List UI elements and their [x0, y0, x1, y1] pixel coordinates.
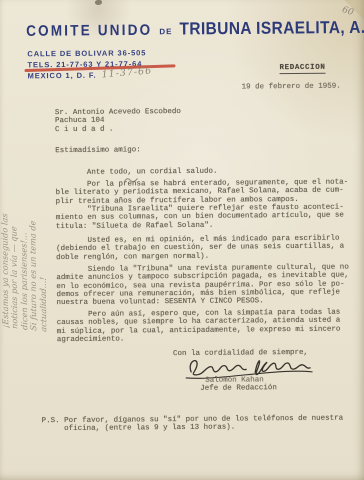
letterhead-city: MEXICO 1, D. F. [28, 71, 97, 81]
postscript: P.S. Por favor, díganos su "sí" por uno … [42, 415, 344, 434]
handwritten-margin-note: ¡Estamos ya conseguido las noticias por … [0, 152, 48, 333]
recipient-address: Sr. Antonio Acevedo Escobedo Pachuca 104… [55, 108, 181, 134]
letter-content: COMITE UNIDO DE TRIBUNA ISRAELITA, A. C.… [0, 0, 364, 480]
signature-title: Jefe de Redacción [200, 384, 277, 393]
paragraph-1: Por la prensa se habrá enterado, seguram… [55, 179, 348, 206]
paragraph-3: Usted es, en mi opinión, el más indicado… [56, 235, 344, 262]
paragraph-5: Pero aún así, espero que, con la simpatí… [57, 309, 341, 345]
scanned-letter-page: COMITE UNIDO DE TRIBUNA ISRAELITA, A. C.… [0, 0, 364, 480]
org-name-left: COMITE UNIDO [26, 21, 152, 39]
org-name-de: DE [159, 27, 172, 36]
paragraph-4: Siendo la "Tribuna" una revista purament… [56, 264, 349, 308]
org-name-right: TRIBUNA ISRAELITA, A. C. [179, 18, 364, 40]
letterhead-address: CALLE DE BOLIVAR 36-505 [27, 48, 146, 58]
salutation: Estimadísimo amigo: [55, 146, 141, 155]
letter-date: 19 de febrero de 1959. [242, 83, 341, 92]
handwritten-corner-number: 60 [340, 5, 354, 18]
section-label: REDACCION [279, 64, 325, 75]
letterhead: COMITE UNIDO DE TRIBUNA ISRAELITA, A. C. [26, 19, 364, 40]
paragraph-2: "Tribuna Israelita" quiere reflejar este… [56, 204, 344, 231]
